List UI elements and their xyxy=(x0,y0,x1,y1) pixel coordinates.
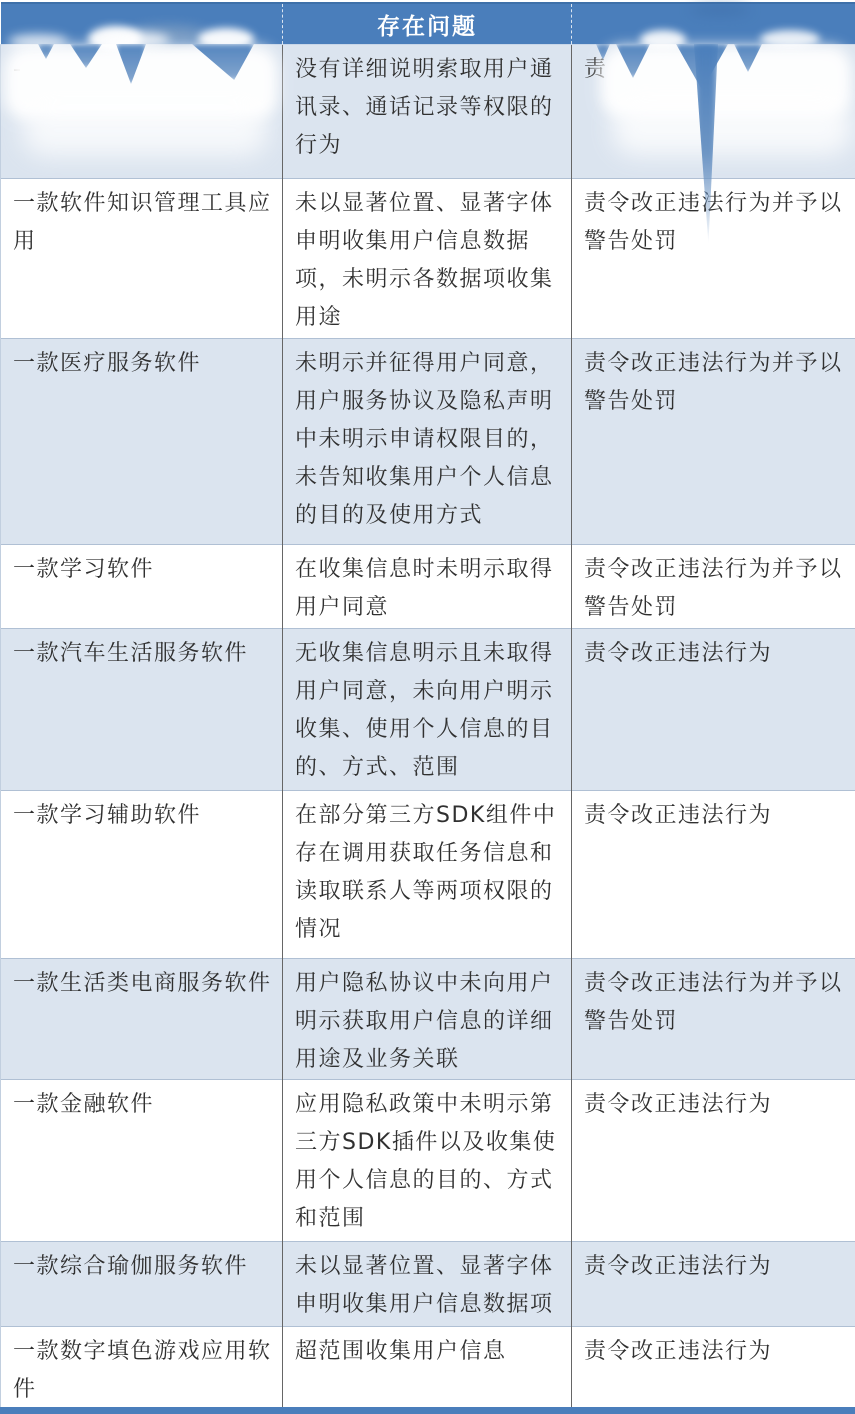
table-row: - 没有详细说明索取用户通讯录、通话记录等权限的行为 责 xyxy=(1,45,855,179)
issue-cell: 无收集信息明示且未取得用户同意，未向用户明示收集、使用个人信息的目的、方式、范围 xyxy=(283,629,572,791)
app-name-cell: 一款金融软件 xyxy=(1,1080,283,1242)
table-row: 一款生活类电商服务软件 用户隐私协议中未向用户明示获取用户信息的详细用途及业务关… xyxy=(1,959,855,1080)
penalty-cell: 责令改正违法行为并予以警告处罚 xyxy=(572,179,855,339)
app-name-cell: 一款医疗服务软件 xyxy=(1,339,283,545)
penalty-cell: 责令改正违法行为 xyxy=(572,791,855,959)
issue-cell: 应用隐私政策中未明示第三方SDK插件以及收集使用个人信息的目的、方式和范围 xyxy=(283,1080,572,1242)
table-row: 一款医疗服务软件 未明示并征得用户同意，用户服务协议及隐私声明中未明示申请权限目… xyxy=(1,339,855,545)
app-name-cell: 一款综合瑜伽服务软件 xyxy=(1,1242,283,1327)
table-screenshot-page: 存在问题 - 没有详细说明索取用户通讯录、通话记录等权限的行为 责 一款软件知识… xyxy=(0,0,855,1414)
penalty-cell: 责令改正违法行为 xyxy=(572,1242,855,1327)
header-app-name xyxy=(1,3,283,45)
header-penalty xyxy=(572,3,855,45)
app-name-cell: 一款汽车生活服务软件 xyxy=(1,629,283,791)
issue-cell: 在收集信息时未明示取得用户同意 xyxy=(283,545,572,629)
header-issue: 存在问题 xyxy=(283,3,572,45)
app-name-cell: 一款学习辅助软件 xyxy=(1,791,283,959)
app-name-cell: - xyxy=(1,45,283,179)
issue-cell: 在部分第三方SDK组件中存在调用获取任务信息和读取联系人等两项权限的情况 xyxy=(283,791,572,959)
penalty-cell: 责令改正违法行为 xyxy=(572,629,855,791)
issue-cell: 未以显著位置、显著字体申明收集用户信息数据项 xyxy=(283,1242,572,1327)
table-header: 存在问题 xyxy=(1,3,855,45)
penalty-cell: 责令改正违法行为 xyxy=(572,1327,855,1410)
bottom-blue-bar xyxy=(0,1407,855,1414)
table-row: 一款金融软件 应用隐私政策中未明示第三方SDK插件以及收集使用个人信息的目的、方… xyxy=(1,1080,855,1242)
app-name-cell: 一款学习软件 xyxy=(1,545,283,629)
table-row: 一款软件知识管理工具应用 未以显著位置、显著字体申明收集用户信息数据项，未明示各… xyxy=(1,179,855,339)
penalty-cell: 责令改正违法行为并予以警告处罚 xyxy=(572,959,855,1080)
penalty-cell: 责令改正违法行为 xyxy=(572,1080,855,1242)
table-row: 一款学习软件 在收集信息时未明示取得用户同意 责令改正违法行为并予以警告处罚 xyxy=(1,545,855,629)
app-name-cell: 一款数字填色游戏应用软件 xyxy=(1,1327,283,1410)
issue-cell: 未以显著位置、显著字体申明收集用户信息数据项，未明示各数据项收集用途 xyxy=(283,179,572,339)
issue-cell: 没有详细说明索取用户通讯录、通话记录等权限的行为 xyxy=(283,45,572,179)
penalty-cell: 责令改正违法行为并予以警告处罚 xyxy=(572,339,855,545)
table-row: 一款数字填色游戏应用软件 超范围收集用户信息 责令改正违法行为 xyxy=(1,1327,855,1410)
penalty-cell: 责 xyxy=(572,45,855,179)
violations-table: 存在问题 - 没有详细说明索取用户通讯录、通话记录等权限的行为 责 一款软件知识… xyxy=(0,2,855,1410)
app-name-cell: 一款生活类电商服务软件 xyxy=(1,959,283,1080)
table-body: - 没有详细说明索取用户通讯录、通话记录等权限的行为 责 一款软件知识管理工具应… xyxy=(1,45,855,1410)
table-row: 一款综合瑜伽服务软件 未以显著位置、显著字体申明收集用户信息数据项 责令改正违法… xyxy=(1,1242,855,1327)
issue-cell: 未明示并征得用户同意，用户服务协议及隐私声明中未明示申请权限目的，未告知收集用户… xyxy=(283,339,572,545)
table-row: 一款汽车生活服务软件 无收集信息明示且未取得用户同意，未向用户明示收集、使用个人… xyxy=(1,629,855,791)
header-row: 存在问题 xyxy=(1,3,855,45)
table-row: 一款学习辅助软件 在部分第三方SDK组件中存在调用获取任务信息和读取联系人等两项… xyxy=(1,791,855,959)
app-name-cell: 一款软件知识管理工具应用 xyxy=(1,179,283,339)
issue-cell: 超范围收集用户信息 xyxy=(283,1327,572,1410)
issue-cell: 用户隐私协议中未向用户明示获取用户信息的详细用途及业务关联 xyxy=(283,959,572,1080)
penalty-cell: 责令改正违法行为并予以警告处罚 xyxy=(572,545,855,629)
